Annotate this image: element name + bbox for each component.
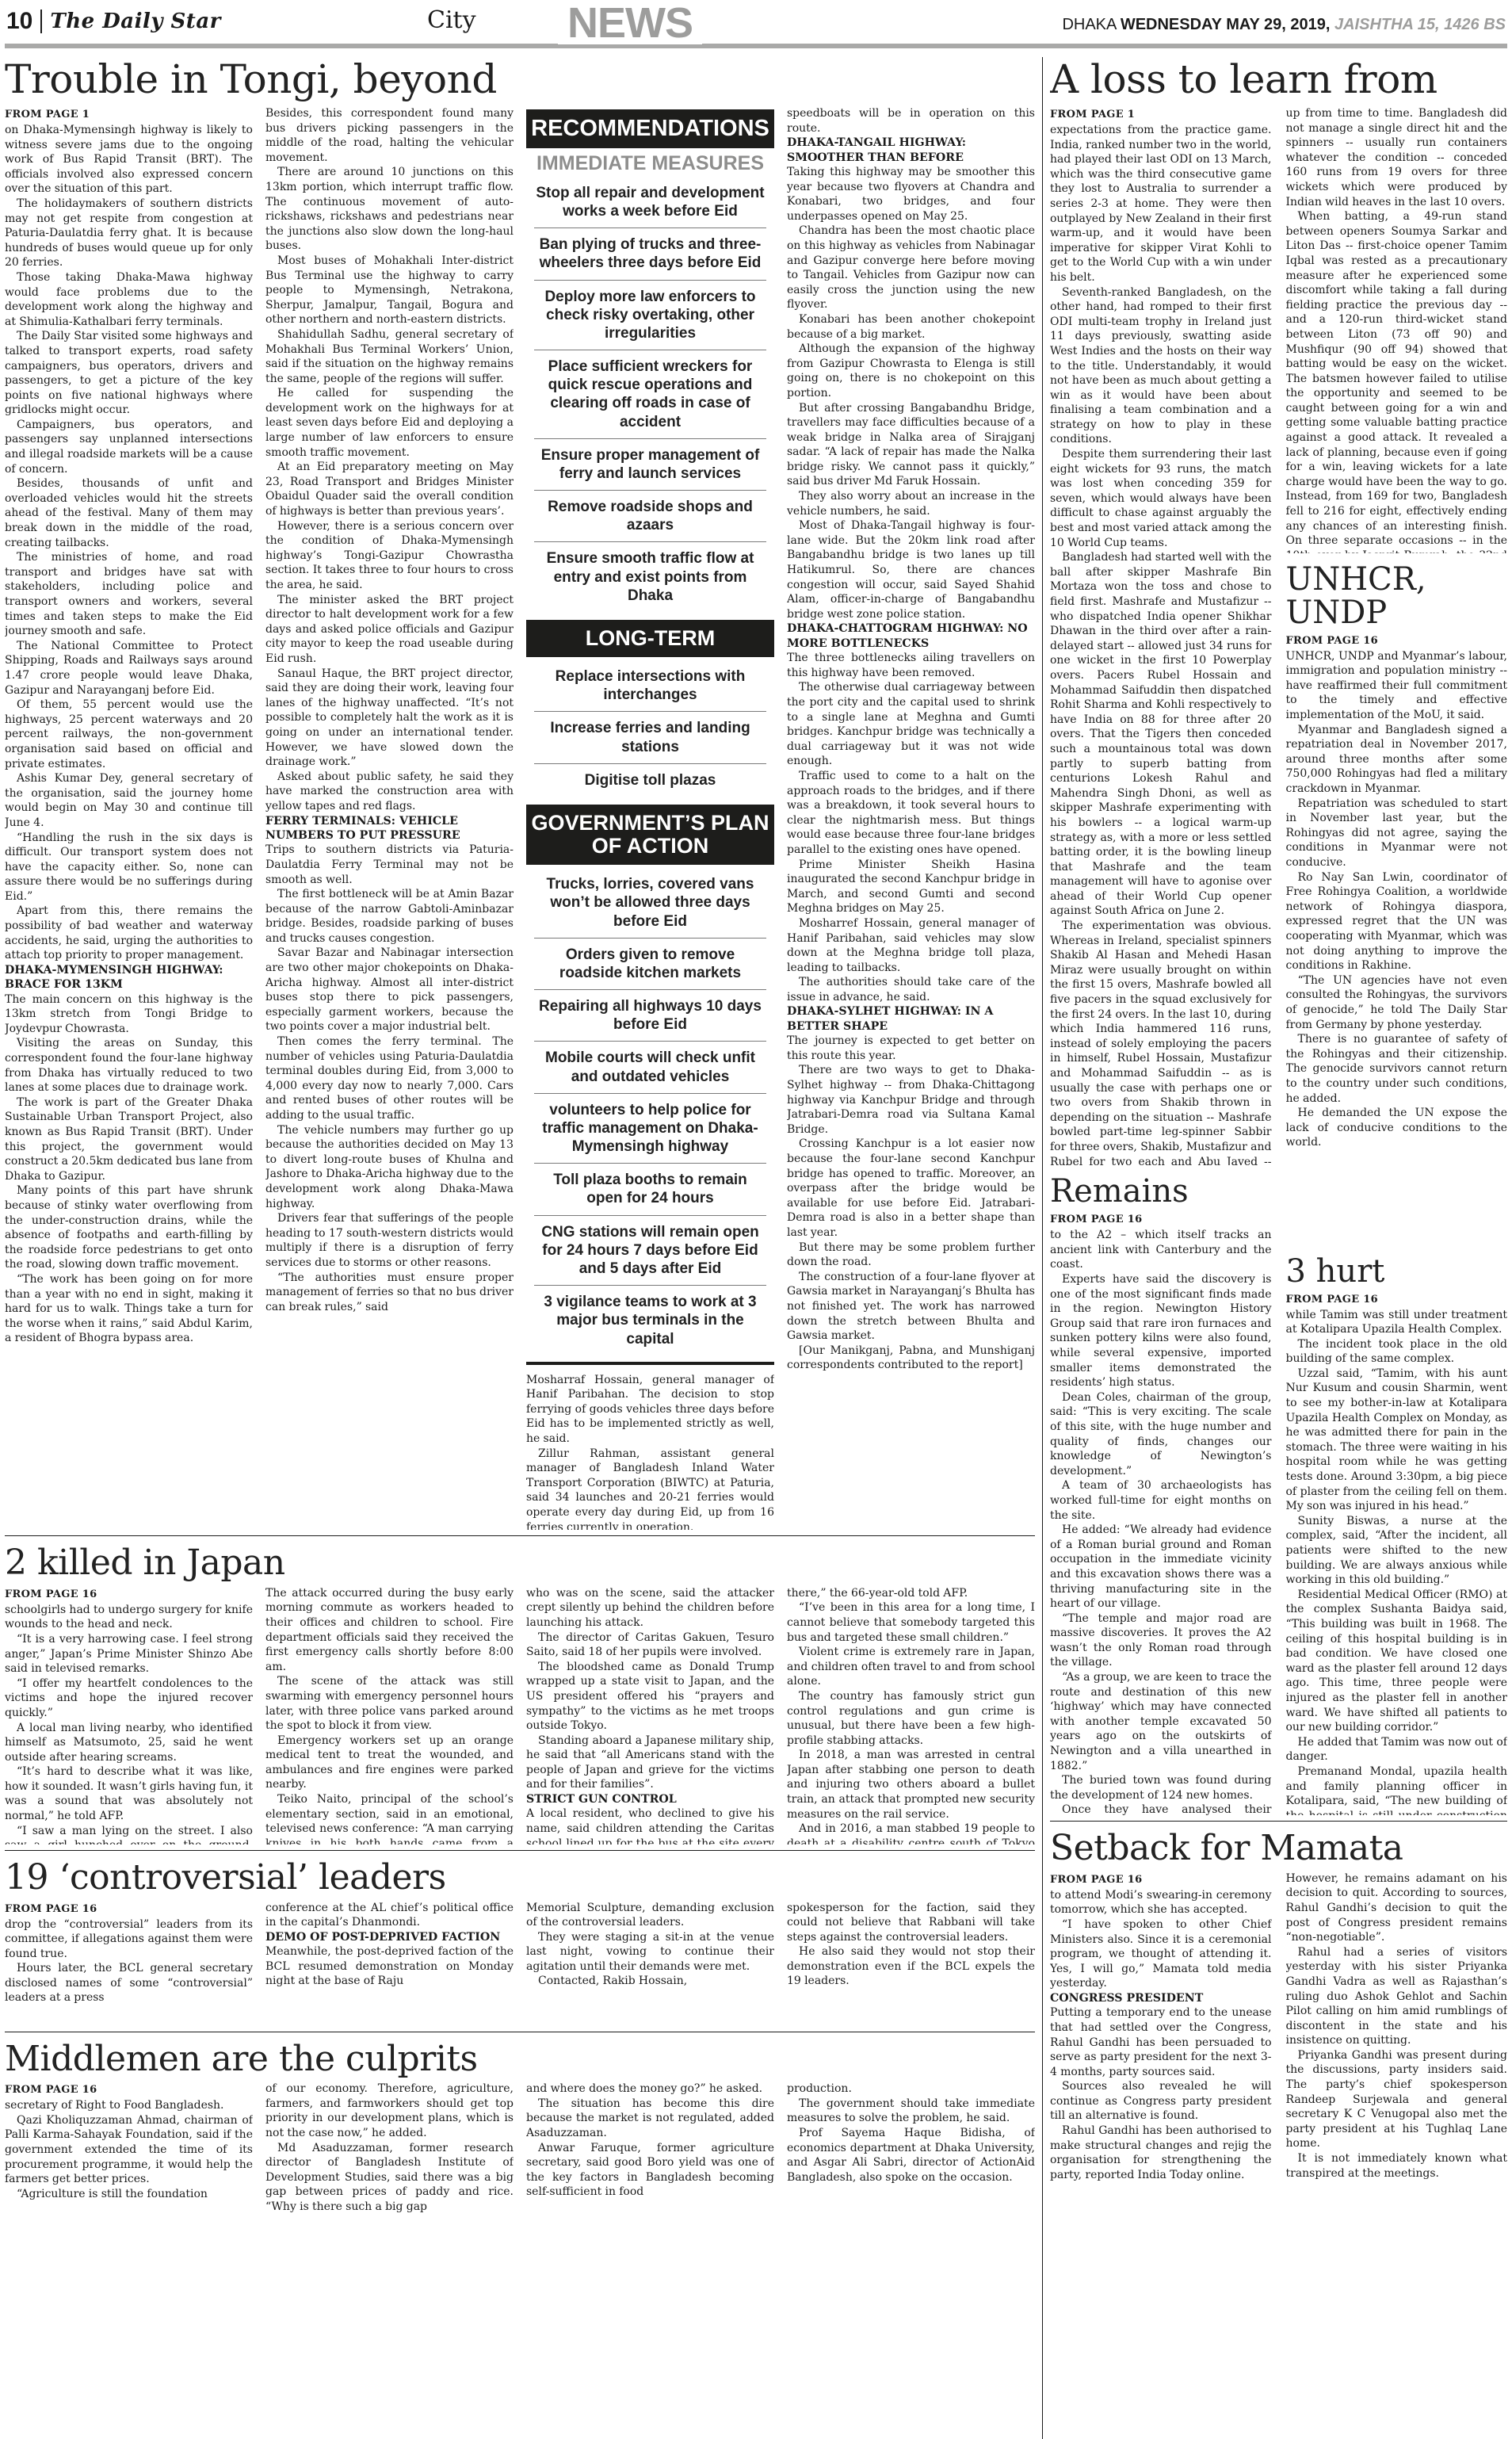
masthead: 10 The Daily Star City NEWS DHAKA WEDNES… [5, 0, 1507, 51]
paragraph: Putting a temporary end to the unease th… [1050, 2005, 1272, 2079]
paragraph: Many points of this part have shrunk bec… [5, 1183, 253, 1272]
paragraph: who was on the scene, said the attacker … [526, 1586, 774, 1630]
article-column: FROM PAGE 16secretary of Right to Food B… [5, 2082, 253, 2439]
article-column: FROM PAGE 16drop the “controversial” lea… [5, 1901, 253, 2026]
newspaper-page: 10 The Daily Star City NEWS DHAKA WEDNES… [0, 0, 1512, 2439]
paragraph: Chandra has been the most chaotic place … [787, 224, 1035, 312]
continued-from-label: FROM PAGE 1 [1050, 109, 1272, 120]
brand-logo: The Daily Star [50, 10, 220, 33]
paragraph: Rahul Gandhi has been authorised to make… [1050, 2124, 1272, 2182]
paragraph: Ro Nay San Lwin, coordinator of Free Roh… [1286, 870, 1508, 973]
article-column-fragment: FROM PAGE 16UNHCR, UNDP and Myanmar’s la… [1286, 633, 1508, 1245]
article-separator-rule [5, 2032, 1035, 2032]
dateline-date: WEDNESDAY MAY 29, 2019, [1121, 16, 1331, 33]
paragraph: Although the expansion of the highway fr… [787, 342, 1035, 400]
paragraph: The country has famously strict gun cont… [787, 1689, 1035, 1748]
article-column: The attack occurred during the busy earl… [265, 1586, 514, 1845]
paragraph: UNHCR, UNDP and Myanmar’s labour, immigr… [1286, 649, 1508, 723]
article-column-fragment: up from time to time. Bangladesh did not… [1286, 106, 1508, 553]
continued-from-label: FROM PAGE 16 [5, 1588, 253, 1600]
article-headline-tongi: Trouble in Tongi, beyond [5, 59, 1035, 100]
box-item: volunteers to help police for traffic ma… [534, 1093, 766, 1164]
paragraph: drop the “controversial” leaders from it… [5, 1917, 253, 1962]
paragraph: However, he remains adamant on his decis… [1286, 1871, 1508, 1945]
paragraph: Apart from this, there remains the possi… [5, 904, 253, 962]
paragraph: Asked about public safety, he said they … [265, 770, 514, 814]
box-item: Trucks, lorries, covered vans won’t be a… [534, 868, 766, 938]
paragraph: expectations from the practice game. Ind… [1050, 123, 1272, 285]
paragraph: But after crossing Bangabandhu Bridge, t… [787, 401, 1035, 490]
box-item: Remove roadside shops and azaars [534, 490, 766, 541]
paragraph: He called for suspending the development… [265, 386, 514, 460]
paragraph: Konabari has been another chokepoint bec… [787, 312, 1035, 342]
paragraph: The otherwise dual carriageway between t… [787, 680, 1035, 769]
masthead-dateline: DHAKA WEDNESDAY MAY 29, 2019, JAISHTHA 1… [1056, 16, 1506, 34]
paragraph: Memorial Sculpture, demanding exclusion … [526, 1901, 774, 1930]
paragraph: “The work has been going on for more tha… [5, 1272, 253, 1346]
box-item: CNG stations will remain open for 24 hou… [534, 1215, 766, 1286]
paragraph: Crossing Kanchpur is a lot easier now be… [787, 1137, 1035, 1240]
paragraph: “It’s hard to describe what it was like,… [5, 1764, 253, 1823]
paragraph: He added that Tamim was now out of dange… [1286, 1735, 1508, 1764]
article-headline-mamata: Setback for Mamata [1050, 1830, 1507, 1867]
article-column: production.The government should take im… [787, 2082, 1035, 2439]
paragraph: Experts have said the discovery is one o… [1050, 1272, 1272, 1390]
paragraph: The situation has become this dire becau… [526, 2097, 774, 2141]
right-subcolumn: FROM PAGE 1expectations from the practic… [1050, 106, 1272, 1815]
paragraph: It is not immediately known what transpi… [1286, 2151, 1508, 2181]
article-headline-loss: A loss to learn from [1050, 59, 1507, 100]
dateline-city: DHAKA [1062, 16, 1116, 33]
box-item: Orders given to remove roadside kitchen … [534, 938, 766, 989]
paragraph: There are two ways to get to Dhaka-Sylhe… [787, 1063, 1035, 1137]
paragraph: Savar Bazar and Nabinagar intersection a… [265, 946, 514, 1034]
box-item: 3 vigilance teams to work at 3 major bus… [534, 1285, 766, 1355]
article-headline-hurt: 3 hurt [1286, 1255, 1508, 1288]
paragraph: “The authorities must ensure proper mana… [265, 1271, 514, 1315]
paragraph: Residential Medical Officer (RMO) at the… [1286, 1588, 1508, 1735]
paragraph: Emergency workers set up an orange medic… [265, 1734, 514, 1792]
article-headline-middlemen: Middlemen are the culprits [5, 2041, 1035, 2078]
recommendations-box: RECOMMENDATIONS IMMEDIATE MEASURESStop a… [526, 109, 774, 1365]
continued-from-label: FROM PAGE 1 [5, 109, 253, 120]
article-headline-japan: 2 killed in Japan [5, 1545, 1035, 1581]
article-headline-remains: Remains [1050, 1175, 1272, 1208]
paragraph: “I’ve been in this area for a long time,… [787, 1600, 1035, 1645]
paragraph: Repatriation was scheduled to start in N… [1286, 797, 1508, 870]
article-column: speedboats will be in operation on this … [787, 106, 1035, 1530]
paragraph: The three bottlenecks ailing travellers … [787, 651, 1035, 680]
article-column-fragment: FROM PAGE 1expectations from the practic… [1050, 106, 1272, 1165]
article-column: there,” the 66-year-old told AFP.“I’ve b… [787, 1586, 1035, 1845]
paragraph: They also worry about an increase in the… [787, 489, 1035, 518]
paragraph: “I offer my heartfelt condolences to the… [5, 1676, 253, 1721]
continued-from-label: FROM PAGE 16 [1050, 1214, 1272, 1225]
paragraph: Qazi Kholiquzzaman Ahmad, chairman of Pa… [5, 2113, 253, 2187]
article-column-fragment: FROM PAGE 16while Tamim was still under … [1286, 1291, 1508, 1815]
paragraph: schoolgirls had to undergo surgery for k… [5, 1603, 253, 1632]
paragraph: Dean Coles, chairman of the group, said:… [1050, 1390, 1272, 1479]
paragraph: The buried town was found during the dev… [1050, 1773, 1272, 1802]
paragraph: Mosharref Hossain, general manager of Ha… [787, 916, 1035, 975]
paragraph: The experimentation was obvious. Whereas… [1050, 919, 1272, 1165]
paragraph: Sunity Biswas, a nurse at the complex, s… [1286, 1514, 1508, 1588]
masthead-left: 10 The Daily Star [6, 8, 227, 35]
paragraph: The authorities should take care of the … [787, 975, 1035, 1004]
left-section: Trouble in Tongi, beyond FROM PAGE 1on D… [5, 51, 1035, 2439]
paragraph: Those taking Dhaka-Mawa highway would fa… [5, 270, 253, 329]
paragraph: Myanmar and Bangladesh signed a repatria… [1286, 723, 1508, 797]
mamata-columns: FROM PAGE 16to attend Modi’s swearing-in… [1050, 1871, 1507, 2439]
article-separator-rule [5, 1850, 1035, 1851]
paragraph: A local resident, who declined to give h… [526, 1806, 774, 1844]
paragraph: The vehicle numbers may further go up be… [265, 1123, 514, 1212]
article-column: of our economy. Therefore, agriculture, … [265, 2082, 514, 2439]
paragraph: Visiting the areas on Sunday, this corre… [5, 1036, 253, 1095]
box-item: Increase ferries and landing stations [534, 711, 766, 763]
section-subhead: CONGRESS PRESIDENT [1050, 1991, 1272, 2005]
paragraph: Premanand Mondal, upazila health and fam… [1286, 1764, 1508, 1815]
paragraph: Meanwhile, the post-deprived faction of … [265, 1944, 514, 1989]
right-subcolumn: up from time to time. Bangladesh did not… [1286, 106, 1508, 1815]
paragraph: The scene of the attack was still swarmi… [265, 1674, 514, 1733]
box-item: Replace intersections with interchanges [534, 660, 766, 711]
section-subhead: DHAKA-MYMENSINGH HIGHWAY: BRACE FOR 13KM [5, 963, 253, 992]
paragraph: The attack occurred during the busy earl… [265, 1586, 514, 1675]
article-column: Besides, this correspondent found many b… [265, 106, 514, 1530]
paragraph: Hours later, the BCL general secretary d… [5, 1961, 253, 2005]
article-middlemen: Middlemen are the culprits FROM PAGE 16s… [5, 2036, 1035, 2439]
box-section-title: IMMEDIATE MEASURES [526, 153, 774, 175]
paragraph: speedboats will be in operation on this … [787, 106, 1035, 136]
paragraph: Violent crime is extremely rare in Japan… [787, 1645, 1035, 1689]
box-body: IMMEDIATE MEASURESStop all repair and de… [526, 153, 774, 1355]
continued-from-label: FROM PAGE 16 [1286, 1294, 1508, 1306]
paragraph: Seventh-ranked Bangladesh, on the other … [1050, 285, 1272, 448]
paragraph: and where does the money go?” he asked. [526, 2082, 774, 2097]
masthead-rule [5, 44, 1507, 48]
paragraph: Standing aboard a Japanese military ship… [526, 1734, 774, 1792]
box-item: Ensure proper management of ferry and la… [534, 438, 766, 490]
paragraph: Md Asaduzzaman, former research director… [265, 2141, 514, 2215]
article-column: RECOMMENDATIONS IMMEDIATE MEASURESStop a… [526, 106, 774, 1530]
continued-from-label: FROM PAGE 16 [5, 2084, 253, 2096]
paragraph: on Dhaka-Mymensingh highway is likely to… [5, 123, 253, 197]
section-divider [1042, 57, 1043, 2439]
paragraph: The main concern on this highway is the … [5, 992, 253, 1037]
paragraph: They were staging a sit-in at the venue … [526, 1930, 774, 1975]
paragraph: Zillur Rahman, assistant general manager… [526, 1447, 774, 1530]
paragraph: Drivers fear that sufferings of the peop… [265, 1211, 514, 1270]
article-headline-leaders: 19 ‘controversial’ leaders [5, 1860, 1035, 1896]
paragraph: The director of Caritas Gakuen, Tesuro S… [526, 1630, 774, 1660]
paragraph: Then comes the ferry terminal. The numbe… [265, 1034, 514, 1123]
paragraph: Besides, this correspondent found many b… [265, 106, 514, 165]
paragraph: There is no guarantee of safety of the R… [1286, 1032, 1508, 1106]
paragraph: The bloodshed came as Donald Trump wrapp… [526, 1660, 774, 1734]
right-columns: FROM PAGE 1expectations from the practic… [1050, 106, 1507, 1815]
paragraph: A local man living nearby, who identifie… [5, 1721, 253, 1765]
paragraph: The government should take immediate mea… [787, 2097, 1035, 2126]
paragraph: He also said they would not stop their d… [787, 1944, 1035, 1989]
paragraph: spokesperson for the faction, said they … [787, 1901, 1035, 1945]
box-item: Deploy more law enforcers to check risky… [534, 280, 766, 350]
box-section-bar: LONG-TERM [526, 620, 774, 657]
paragraph: A team of 30 archaeologists has worked f… [1050, 1478, 1272, 1523]
leaders-columns: FROM PAGE 16drop the “controversial” lea… [5, 1901, 1035, 2026]
page-content: Trouble in Tongi, beyond FROM PAGE 1on D… [5, 51, 1507, 2439]
article-column: Memorial Sculpture, demanding exclusion … [526, 1901, 774, 2026]
paragraph: Taking this highway may be smoother this… [787, 165, 1035, 224]
article-column-fragment: FROM PAGE 16to the A2 – which itself tra… [1050, 1211, 1272, 1815]
paragraph: Campaigners, bus operators, and passenge… [5, 418, 253, 476]
article-headline-unhcr: UNHCR, UNDP [1286, 563, 1508, 629]
paragraph: When batting, a 49-run stand between ope… [1286, 209, 1508, 553]
paragraph: Most buses of Mohakhali Inter-district B… [265, 254, 514, 327]
paragraph: The holidaymakers of southern districts … [5, 197, 253, 270]
paragraph: Prof Sayema Haque Bidisha, of economics … [787, 2126, 1035, 2185]
box-section-bar: GOVERNMENT’S PLAN OF ACTION [526, 805, 774, 865]
middlemen-columns: FROM PAGE 16secretary of Right to Food B… [5, 2082, 1035, 2439]
paragraph: He demanded the UN expose the lack of co… [1286, 1106, 1508, 1150]
box-item: Ensure smooth traffic flow at entry and … [534, 541, 766, 612]
paragraph: Teiko Naito, principal of the school’s e… [265, 1792, 514, 1845]
paragraph: secretary of Right to Food Bangladesh. [5, 2098, 253, 2113]
paragraph: In 2018, a man was arrested in central J… [787, 1748, 1035, 1822]
masthead-section-city: City [421, 6, 483, 34]
article-leaders: 19 ‘controversial’ leaders FROM PAGE 16d… [5, 1855, 1035, 2026]
tongi-columns: FROM PAGE 1on Dhaka-Mymensingh highway i… [5, 106, 1035, 1530]
article-column: spokesperson for the faction, said they … [787, 1901, 1035, 2026]
paragraph: production. [787, 2082, 1035, 2097]
paragraph: “Handling the rush in the six days is di… [5, 831, 253, 904]
paragraph: Despite them surrendering their last eig… [1050, 447, 1272, 550]
paragraph: Uzzal said, “Tamim, with his aunt Nur Ku… [1286, 1367, 1508, 1514]
paragraph: Mosharraf Hossain, general manager of Ha… [526, 1373, 774, 1447]
dateline-bangla-date: JAISHTHA 15, 1426 BS [1334, 16, 1506, 33]
box-item: Digitise toll plazas [534, 763, 766, 797]
paragraph: Sanaul Haque, the BRT project director, … [265, 667, 514, 770]
paragraph: “Agriculture is still the foundation [5, 2187, 253, 2202]
paragraph: “The UN agencies have not even consulted… [1286, 973, 1508, 1032]
box-item: Toll plaza booths to remain open for 24 … [534, 1163, 766, 1214]
paragraph: [Our Manikganj, Pabna, and Munshiganj co… [787, 1344, 1035, 1373]
paragraph: “The temple and major road are massive d… [1050, 1611, 1272, 1670]
paragraph: The work is part of the Greater Dhaka Su… [5, 1095, 253, 1184]
article-column: and where does the money go?” he asked.T… [526, 2082, 774, 2439]
article-tongi: Trouble in Tongi, beyond FROM PAGE 1on D… [5, 51, 1035, 1530]
paragraph: “I have spoken to other Chief Ministers … [1050, 1917, 1272, 1991]
paragraph: Ashis Kumar Dey, general secretary of th… [5, 771, 253, 830]
article-japan: 2 killed in Japan FROM PAGE 16schoolgirl… [5, 1540, 1035, 1845]
article-column: who was on the scene, said the attacker … [526, 1586, 774, 1845]
paragraph: The ministries of home, and road transpo… [5, 550, 253, 639]
paragraph: There are around 10 junctions on this 13… [265, 165, 514, 254]
paragraph: there,” the 66-year-old told AFP. [787, 1586, 1035, 1601]
paragraph: Contacted, Rakib Hossain, [526, 1974, 774, 1989]
box-item: Stop all repair and development works a … [534, 177, 766, 227]
paragraph: He added: “We already had evidence of a … [1050, 1523, 1272, 1611]
paragraph: Of them, 55 percent would use the highwa… [5, 698, 253, 771]
paragraph: Prime Minister Sheikh Hasina inaugurated… [787, 858, 1035, 916]
paragraph: At an Eid preparatory meeting on May 23,… [265, 460, 514, 518]
section-subhead: FERRY TERMINALS: VEHICLE NUMBERS TO PUT … [265, 814, 514, 843]
section-subhead: DHAKA-CHATTOGRAM HIGHWAY: NO MORE BOTTLE… [787, 621, 1035, 651]
paragraph: of our economy. Therefore, agriculture, … [265, 2082, 514, 2140]
article-separator-rule [5, 1535, 1035, 1536]
article-column-fragment: Mosharraf Hossain, general manager of Ha… [526, 1373, 774, 1530]
paragraph: The journey is expected to get better on… [787, 1034, 1035, 1063]
box-item: Repairing all highways 10 days before Ei… [534, 989, 766, 1041]
masthead-divider [40, 10, 42, 33]
section-subhead: DHAKA-TANGAIL HIGHWAY: SMOOTHER THAN BEF… [787, 136, 1035, 165]
paragraph: up from time to time. Bangladesh did not… [1286, 106, 1508, 209]
section-subhead: DEMO OF POST-DEPRIVED FACTION [265, 1930, 514, 1944]
paragraph: And in 2016, a man stabbed 19 people to … [787, 1822, 1035, 1845]
paragraph: “It is a very harrowing case. I feel str… [5, 1632, 253, 1676]
paragraph: The incident took place in the old build… [1286, 1337, 1508, 1367]
masthead-section-news: NEWS [558, 2, 702, 44]
paragraph: Sources also revealed he will continue a… [1050, 2079, 1272, 2124]
article-column: FROM PAGE 16to attend Modi’s swearing-in… [1050, 1871, 1272, 2439]
section-subhead: STRICT GUN CONTROL [526, 1792, 774, 1806]
paragraph: The first bottleneck will be at Amin Baz… [265, 887, 514, 946]
paragraph: Priyanka Gandhi was present during the d… [1286, 2048, 1508, 2151]
paragraph: “I saw a man lying on the street. I also… [5, 1824, 253, 1845]
paragraph: Trips to southern districts via Paturia-… [265, 843, 514, 887]
continued-from-label: FROM PAGE 16 [1050, 1874, 1272, 1886]
box-item: Place sufficient wreckers for quick resc… [534, 350, 766, 438]
paragraph: Rahul had a series of visitors yesterday… [1286, 1945, 1508, 2048]
article-column: conference at the AL chief’s political o… [265, 1901, 514, 2026]
article-column: FROM PAGE 1on Dhaka-Mymensingh highway i… [5, 106, 253, 1530]
box-title-bar: RECOMMENDATIONS [526, 109, 774, 148]
continued-from-label: FROM PAGE 16 [5, 1903, 253, 1915]
article-separator-rule [1050, 1821, 1507, 1822]
box-item: Ban plying of trucks and three-wheelers … [534, 227, 766, 279]
paragraph: Bangladesh had started well with the bal… [1050, 550, 1272, 919]
paragraph: But there may be some problem further do… [787, 1241, 1035, 1270]
box-item: Mobile courts will check unfit and outda… [534, 1041, 766, 1092]
paragraph: The construction of a four-lane flyover … [787, 1270, 1035, 1344]
paragraph: while Tamim was still under treatment at… [1286, 1308, 1508, 1337]
section-subhead: DHAKA-SYLHET HIGHWAY: IN A BETTER SHAPE [787, 1004, 1035, 1034]
paragraph: to the A2 – which itself tracks an ancie… [1050, 1228, 1272, 1272]
paragraph: However, there is a serious concern over… [265, 519, 514, 593]
paragraph: “As a group, we are keen to trace the ro… [1050, 1670, 1272, 1773]
right-section: A loss to learn from FROM PAGE 1expectat… [1050, 51, 1507, 2439]
article-mamata: Setback for Mamata FROM PAGE 16to attend… [1050, 1825, 1507, 2439]
paragraph: The National Committee to Protect Shippi… [5, 639, 253, 698]
paragraph: The minister asked the BRT project direc… [265, 593, 514, 667]
paragraph: Traffic used to come to a halt on the ap… [787, 769, 1035, 858]
article-column: FROM PAGE 16schoolgirls had to undergo s… [5, 1586, 253, 1845]
page-number: 10 [6, 8, 32, 35]
paragraph: The Daily Star visited some highways and… [5, 329, 253, 418]
paragraph: Most of Dhaka-Tangail highway is four-la… [787, 518, 1035, 621]
paragraph: Shahidullah Sadhu, general secretary of … [265, 327, 514, 386]
paragraph: Once they have analysed their findings a… [1050, 1802, 1272, 1815]
paragraph: Anwar Faruque, former agriculture secret… [526, 2141, 774, 2200]
paragraph: conference at the AL chief’s political o… [265, 1901, 514, 1930]
japan-columns: FROM PAGE 16schoolgirls had to undergo s… [5, 1586, 1035, 1845]
paragraph: Besides, thousands of unfit and overload… [5, 476, 253, 550]
paragraph: to attend Modi’s swearing-in ceremony to… [1050, 1888, 1272, 1917]
article-column: However, he remains adamant on his decis… [1286, 1871, 1508, 2439]
continued-from-label: FROM PAGE 16 [1286, 635, 1508, 647]
